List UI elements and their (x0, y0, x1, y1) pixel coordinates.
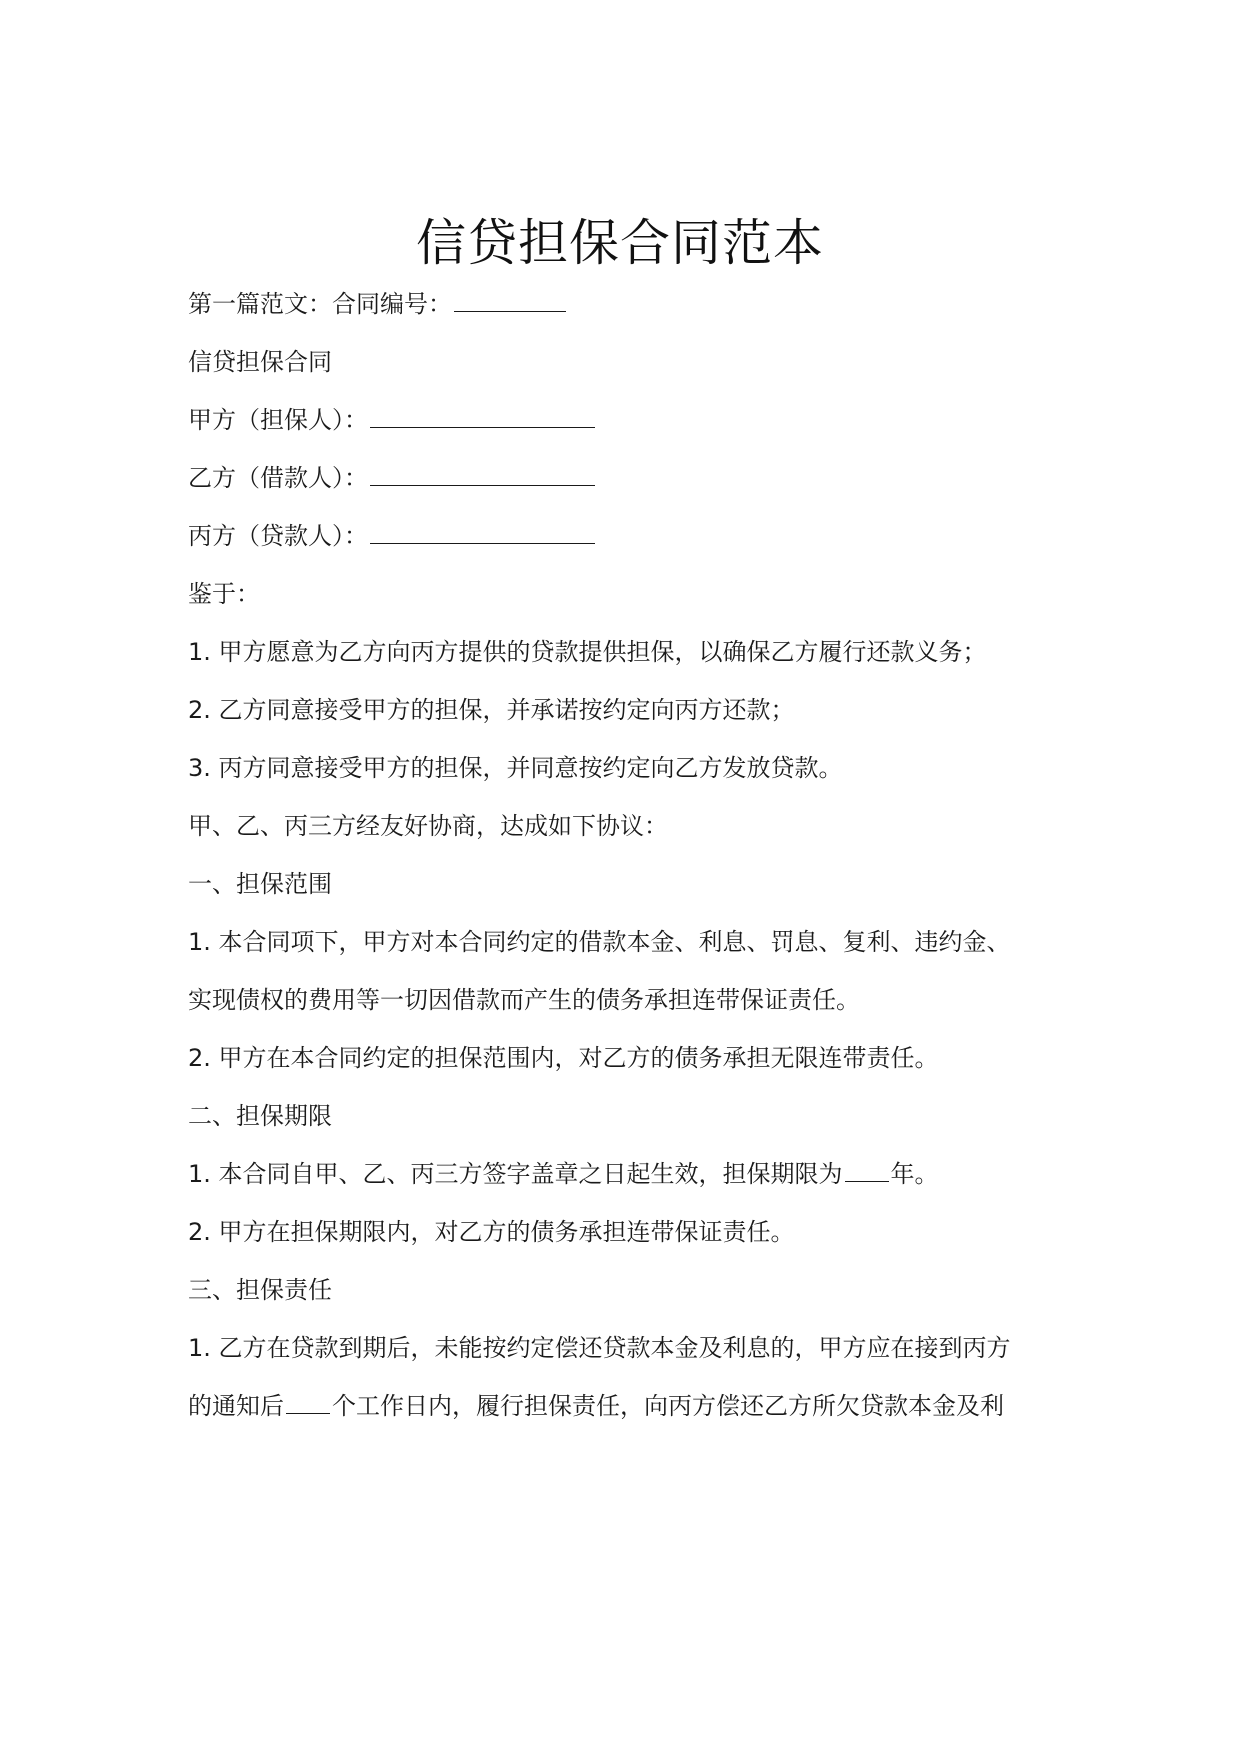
party-c-blank[interactable] (370, 521, 595, 544)
whereas-item: 3. 丙方同意接受甲方的担保，并同意按约定向乙方发放贷款。 (188, 751, 843, 785)
contract-number-line: 第一篇范文：合同编号： (188, 287, 568, 321)
document-title: 信贷担保合同范本 (0, 208, 1240, 278)
clause-text: 1. 本合同自甲、乙、丙三方签字盖章之日起生效，担保期限为 (188, 1160, 843, 1188)
clause-text: 1. 本合同项下，甲方对本合同约定的借款本金、利息、罚息、复利、违约金、 (188, 925, 1011, 959)
working-days-blank[interactable] (286, 1391, 330, 1414)
section-heading: 三、担保责任 (188, 1273, 332, 1307)
clause-text: 的通知后 (188, 1392, 284, 1420)
party-a-line: 甲方（担保人）： (188, 403, 597, 437)
party-a-label: 甲方（担保人）： (188, 406, 368, 434)
contract-number-label: 第一篇范文：合同编号： (188, 290, 452, 318)
party-b-blank[interactable] (370, 463, 595, 486)
section-heading: 一、担保范围 (188, 867, 332, 901)
agreement-intro: 甲、乙、丙三方经友好协商，达成如下协议： (188, 809, 668, 843)
party-b-line: 乙方（借款人）： (188, 461, 597, 495)
clause-text: 2. 甲方在本合同约定的担保范围内，对乙方的债务承担无限连带责任。 (188, 1041, 939, 1075)
guarantee-years-blank[interactable] (845, 1159, 889, 1182)
clause-text: 2. 甲方在担保期限内，对乙方的债务承担连带保证责任。 (188, 1215, 795, 1249)
party-b-label: 乙方（借款人）： (188, 464, 368, 492)
clause-text: 个工作日内，履行担保责任，向丙方偿还乙方所欠贷款本金及利 (332, 1392, 1004, 1420)
term-clause-line: 1. 本合同自甲、乙、丙三方签字盖章之日起生效，担保期限为年。 (188, 1157, 939, 1191)
clause-text: 1. 乙方在贷款到期后，未能按约定偿还贷款本金及利息的，甲方应在接到丙方 (188, 1331, 1011, 1365)
whereas-item: 1. 甲方愿意为乙方向丙方提供的贷款提供担保，以确保乙方履行还款义务； (188, 635, 987, 669)
party-a-blank[interactable] (370, 405, 595, 428)
document-page: 信贷担保合同范本 第一篇范文：合同编号： 信贷担保合同 甲方（担保人）： 乙方（… (0, 0, 1240, 1753)
clause-text: 年。 (891, 1160, 939, 1188)
party-c-label: 丙方（贷款人）： (188, 522, 368, 550)
section-heading: 二、担保期限 (188, 1099, 332, 1133)
contract-number-blank[interactable] (454, 289, 566, 312)
clause-text: 实现债权的费用等一切因借款而产生的债务承担连带保证责任。 (188, 983, 860, 1017)
whereas-item: 2. 乙方同意接受甲方的担保，并承诺按约定向丙方还款； (188, 693, 795, 727)
whereas-label: 鉴于： (188, 577, 260, 611)
liability-clause-line: 的通知后个工作日内，履行担保责任，向丙方偿还乙方所欠贷款本金及利 (188, 1389, 1004, 1423)
contract-subtitle: 信贷担保合同 (188, 345, 332, 379)
party-c-line: 丙方（贷款人）： (188, 519, 597, 553)
